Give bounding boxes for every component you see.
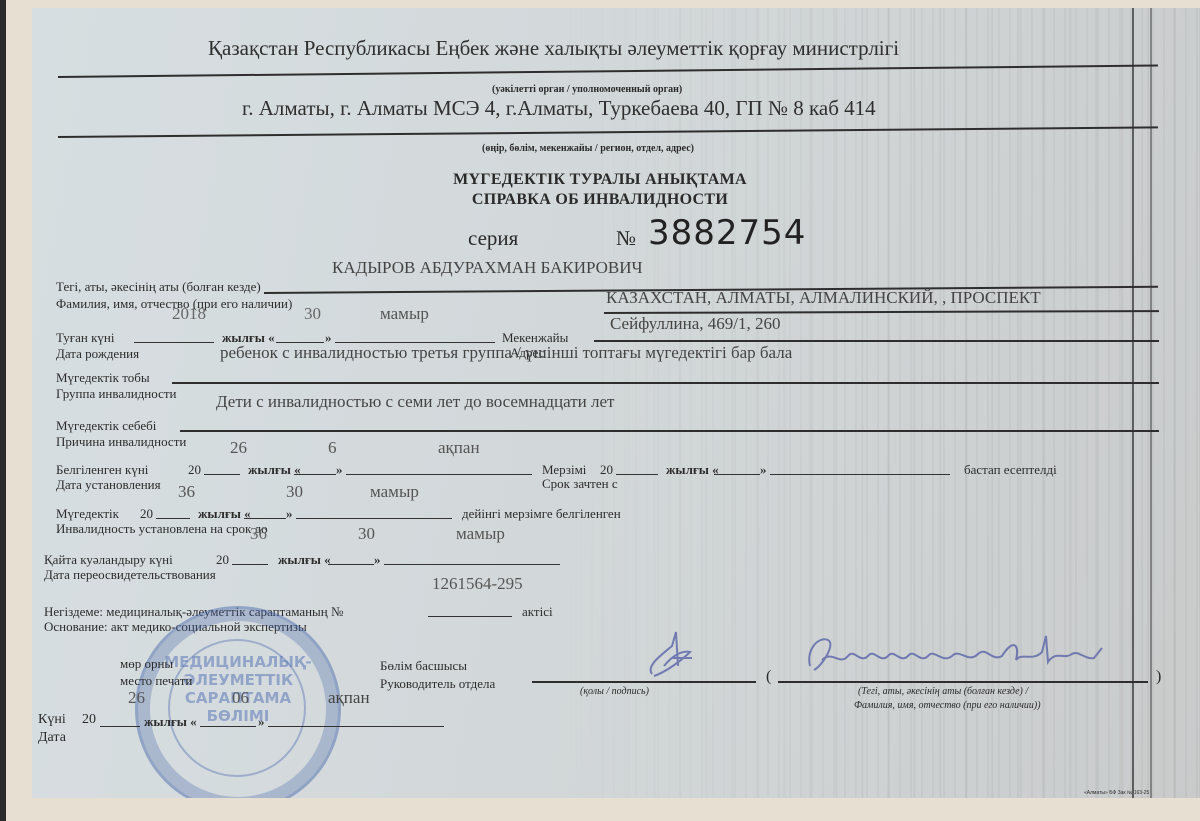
until-day: 30 xyxy=(286,482,303,502)
year-word: жылғы « xyxy=(248,462,301,478)
blank xyxy=(268,726,444,727)
certificate-number: 3882754 xyxy=(648,213,806,253)
blank xyxy=(156,518,190,519)
name-line xyxy=(778,681,1148,683)
until-month: мамыр xyxy=(370,482,419,502)
photo-edge xyxy=(0,0,6,821)
series-label: серия xyxy=(468,226,518,251)
ministry-caption: (уәкілетті орган / уполномоченный орган) xyxy=(492,84,682,95)
established-month: ақпан xyxy=(438,438,480,458)
blank xyxy=(384,564,560,565)
open-paren: ( xyxy=(766,668,771,686)
address-line-2: Сейфуллина, 469/1, 260 xyxy=(610,314,780,334)
act-number: 1261564-295 xyxy=(432,574,523,594)
blank xyxy=(296,518,452,519)
head-label-kz: Бөлім басшысы xyxy=(380,658,467,674)
reexam-label-ru: Дата переосвидетельствования xyxy=(44,567,216,583)
century-prefix: 20 xyxy=(82,712,96,728)
quote-close: » xyxy=(760,462,767,478)
reexam-label-kz: Қайта куәландыру күні xyxy=(44,552,173,568)
until-label-kz: Мүгедектік xyxy=(56,506,119,522)
issue-day: 06 xyxy=(232,688,249,708)
birth-label-kz: Туған күні xyxy=(56,330,115,346)
close-paren: ) xyxy=(1156,668,1161,686)
signature-name-handwritten xyxy=(802,630,1122,682)
rule xyxy=(180,430,1159,432)
group-label-kz: Мүгедектік тобы xyxy=(56,370,150,386)
ministry-name: Қазақстан Республикасы Еңбек және халықт… xyxy=(208,36,899,61)
blank xyxy=(714,474,760,475)
signature-line xyxy=(532,681,756,683)
stamp-label-ru: место печати xyxy=(120,673,192,689)
until-label-ru: Инвалидность установлена на срок до xyxy=(56,521,268,537)
blank xyxy=(200,726,256,727)
until-month-2: мамыр xyxy=(456,524,505,544)
term-suffix: бастап есептелді xyxy=(964,462,1057,478)
until-year: 36 xyxy=(178,482,195,502)
birth-month: мамыр xyxy=(380,304,429,324)
title-kz: МҮГЕДЕКТІК ТУРАЛЫ АНЫҚТАМА xyxy=(430,171,770,189)
until-day-2: 30 xyxy=(358,524,375,544)
year-word: жылғы « xyxy=(144,714,197,730)
year-word: жылғы « xyxy=(198,506,251,522)
century-prefix: 20 xyxy=(188,462,201,478)
blank xyxy=(770,474,950,475)
until-suffix-kz: дейінгі мерзімге белгіленген xyxy=(462,506,621,522)
office-address: г. Алматы, г. Алматы МСЭ 4, г.Алматы, Ту… xyxy=(242,96,876,121)
head-label-ru: Руководитель отдела xyxy=(380,676,495,692)
rule xyxy=(594,340,1159,342)
blank xyxy=(100,726,140,727)
address-line-1: КАЗАХСТАН, АЛМАТЫ, АЛМАЛИНСКИЙ, , ПРОСПЕ… xyxy=(606,288,1041,308)
century-prefix: 20 xyxy=(216,552,229,568)
year-word: жылғы « xyxy=(278,552,331,568)
established-label-ru: Дата установления xyxy=(56,477,161,493)
blank xyxy=(616,474,658,475)
date-label-kz: Күні xyxy=(38,712,66,728)
birth-year-blank xyxy=(134,342,214,343)
established-label-kz: Белгіленген күні xyxy=(56,462,148,478)
cause-label-ru: Причина инвалидности xyxy=(56,434,186,450)
century-prefix: 20 xyxy=(140,506,153,522)
number-sign: № xyxy=(616,226,636,251)
fio-caption-2: Фамилия, имя, отчество (при его наличии)… xyxy=(854,700,1041,711)
quote-close: » xyxy=(258,714,265,730)
year-word: жылғы « xyxy=(666,462,719,478)
cause-label-kz: Мүгедектік себебі xyxy=(56,418,156,434)
blank xyxy=(204,474,240,475)
established-day: 6 xyxy=(328,438,337,458)
issue-year: 26 xyxy=(128,688,145,708)
blank xyxy=(244,518,286,519)
rule xyxy=(58,126,1158,138)
signature-caption: (қолы / подпись) xyxy=(580,686,649,697)
disability-certificate: Қазақстан Республикасы Еңбек және халықт… xyxy=(32,8,1200,798)
office-caption: (өңір, бөлім, мекенжайы / регион, отдел,… xyxy=(482,143,694,154)
full-name: КАДЫРОВ АБДУРАХМАН БАКИРОВИЧ xyxy=(332,258,643,278)
birth-label-ru: Дата рождения xyxy=(56,346,139,362)
quote-close: » xyxy=(374,552,381,568)
quote-close: » xyxy=(336,462,343,478)
stamp-label-kz: мөр орны xyxy=(120,656,173,672)
disability-group: ребенок с инвалидностью третья группа / … xyxy=(220,343,792,363)
established-year: 26 xyxy=(230,438,247,458)
birth-year: 2018 xyxy=(172,304,206,324)
rule xyxy=(172,382,1159,384)
term-label-ru: Срок зачтен с xyxy=(542,476,618,492)
blank xyxy=(346,474,532,475)
until-year-2: 36 xyxy=(250,524,267,544)
signature-mark xyxy=(642,626,702,682)
title-ru: СПРАВКА ОБ ИНВАЛИДНОСТИ xyxy=(430,191,770,209)
blank xyxy=(328,564,374,565)
group-label-ru: Группа инвалидности xyxy=(56,386,176,402)
blank xyxy=(232,564,268,565)
basis-kz-suffix: актісі xyxy=(522,604,553,620)
date-label-ru: Дата xyxy=(38,730,66,746)
name-label-kz: Тегі, аты, әкесінің аты (болған кезде) xyxy=(56,279,261,295)
blank xyxy=(294,474,336,475)
rule xyxy=(58,64,1158,78)
fio-caption-1: (Тегі, аты, әкесінің аты (болған кезде) … xyxy=(858,686,1028,697)
disability-cause: Дети с инвалидностью с семи лет до восем… xyxy=(216,392,614,412)
blank xyxy=(428,616,512,617)
birth-day: 30 xyxy=(304,304,321,324)
print-code: «Алматы» БФ Зак № 163-25 xyxy=(1084,790,1149,796)
quote-close: » xyxy=(286,506,293,522)
issue-month: ақпан xyxy=(328,688,370,708)
